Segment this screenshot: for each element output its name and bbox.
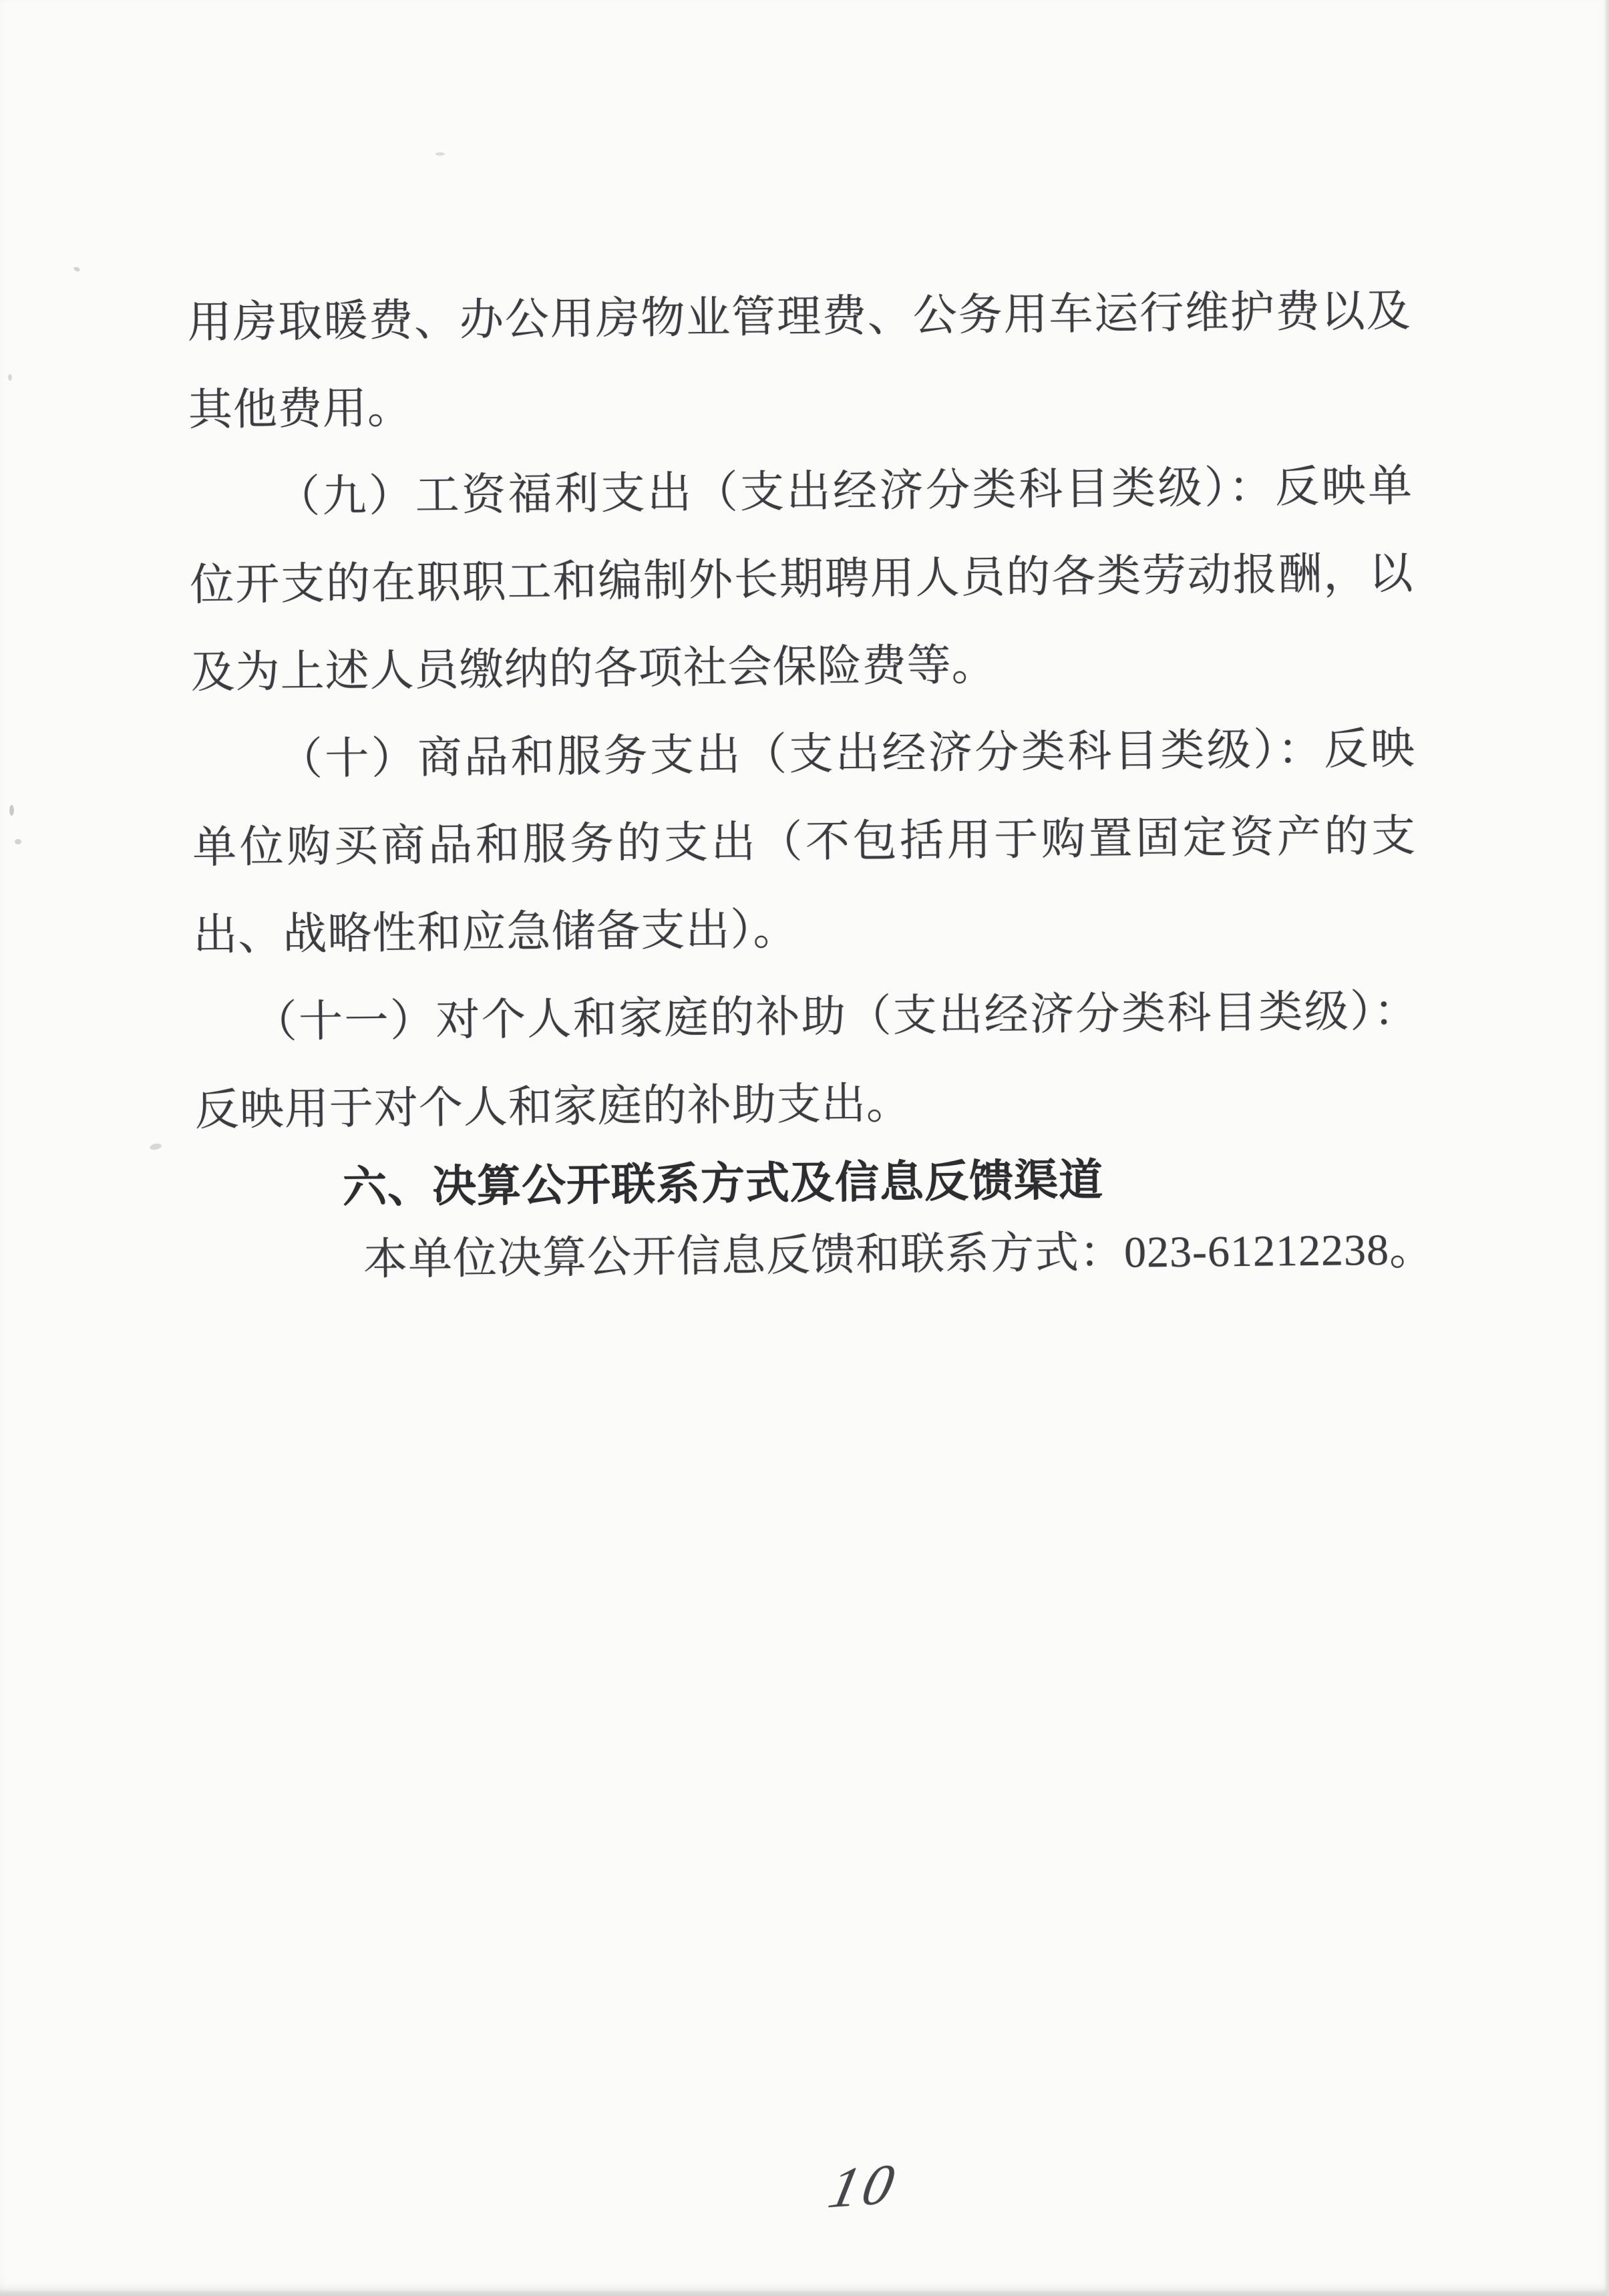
document-line: 其他费用。 [188,355,1412,454]
scan-edge-shadow [0,2289,1609,2296]
page-number: 10 [823,2150,904,2222]
scan-speck [9,805,14,816]
document-line: 用房取暖费、办公用房物业管理费、公务用车运行维护费以及 [187,267,1411,367]
document-page: 用房取暖费、办公用房物业管理费、公务用车运行维护费以及 其他费用。 （九）工资福… [0,0,1609,2296]
scan-speck [149,1142,162,1151]
scan-speck [8,374,12,381]
document-line: 出、战略性和应急储备支出）。 [193,880,1417,979]
scan-speck [435,152,445,156]
document-text-block: 用房取暖费、办公用房物业管理费、公务用车运行维护费以及 其他费用。 （九）工资福… [187,267,1421,1305]
scan-speck [15,839,21,844]
document-line: （十一）对个人和家庭的补助（支出经济分类科目类级）： [194,967,1418,1067]
document-line: 位开支的在职职工和编制外长期聘用人员的各类劳动报酬，以 [190,530,1414,629]
document-line: 单位购买商品和服务的支出（不包括用于购置固定资产的支 [192,792,1417,892]
document-line: 及为上述人员缴纳的各项社会保险费等。 [190,617,1415,717]
document-line: （九）工资福利支出（支出经济分类科目类级）：反映单 [189,442,1413,542]
scan-speck [73,266,81,272]
contact-line: 本单位决算公开信息反馈和联系方式：023-61212238。 [363,1206,1420,1303]
scan-edge-shadow [1604,0,1609,2296]
document-line: （十）商品和服务支出（支出经济分类科目类级）：反映 [191,705,1415,804]
